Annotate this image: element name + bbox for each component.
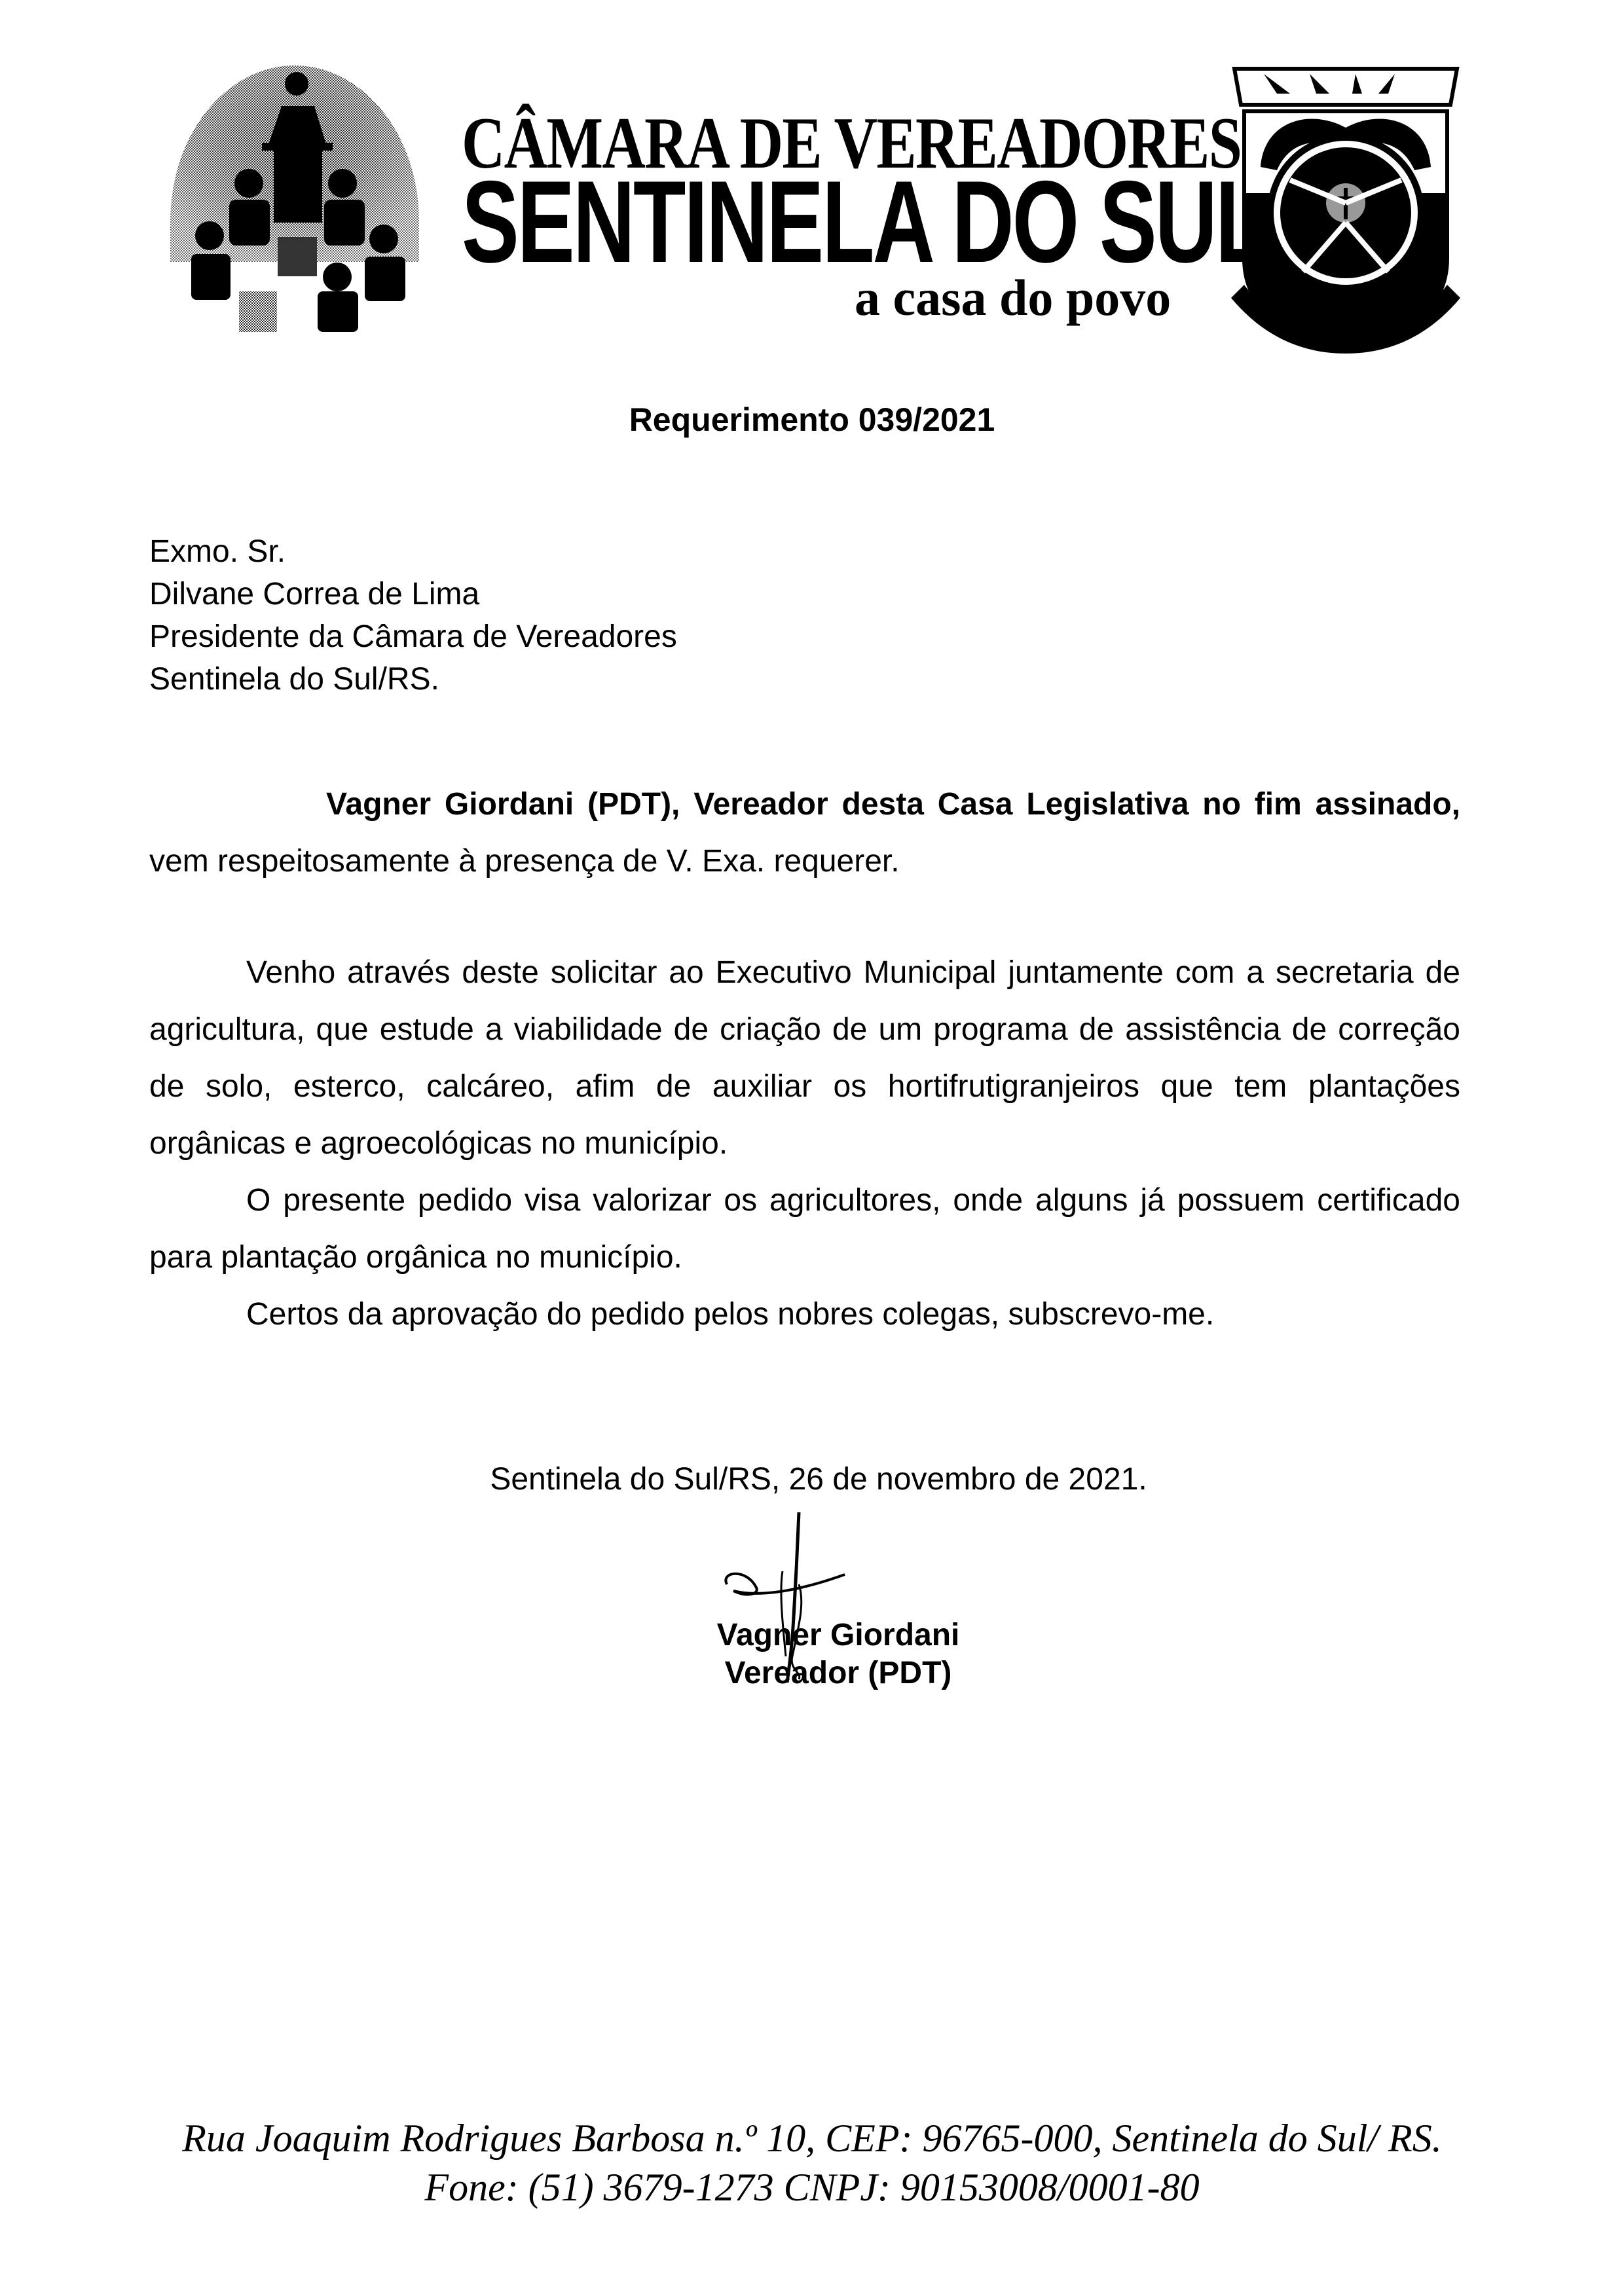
chamber-logo-icon	[157, 59, 432, 334]
date-line: Sentinela do Sul/RS, 26 de novembro de 2…	[0, 1461, 1624, 1497]
header-tagline: a casa do povo	[855, 268, 1171, 327]
body-paragraphs: Venho através deste solicitar ao Executi…	[149, 944, 1460, 1343]
intro-bold-text: Vagner Giordani (PDT), Vereador desta Ca…	[326, 787, 1460, 822]
addressee-salutation: Exmo. Sr.	[149, 534, 286, 570]
municipal-crest-icon	[1225, 62, 1467, 357]
body-paragraph-request: Venho através deste solicitar ao Executi…	[149, 944, 1460, 1172]
document-title: Requerimento 039/2021	[0, 401, 1624, 439]
signer-role: Vereador (PDT)	[0, 1655, 1624, 1691]
header-city-name: SENTINELA DO SUL	[462, 164, 1266, 280]
addressee-location: Sentinela do Sul/RS.	[149, 661, 439, 697]
body-paragraph-closing: Certos da aprovação do pedido pelos nobr…	[149, 1286, 1460, 1343]
addressee-name: Dilvane Correa de Lima	[149, 576, 479, 612]
body-paragraph-justification: O presente pedido visa valorizar os agri…	[149, 1172, 1460, 1286]
intro-paragraph: Vagner Giordani (PDT), Vereador desta Ca…	[149, 776, 1460, 890]
signer-name: Vagner Giordani	[0, 1617, 1624, 1653]
addressee-title: Presidente da Câmara de Vereadores	[149, 619, 677, 655]
intro-regular-text: vem respeitosamente à presença de V. Exa…	[149, 844, 900, 879]
footer-contact: Fone: (51) 3679-1273 CNPJ: 90153008/0001…	[0, 2165, 1624, 2210]
footer-address: Rua Joaquim Rodrigues Barbosa n.º 10, CE…	[0, 2116, 1624, 2161]
